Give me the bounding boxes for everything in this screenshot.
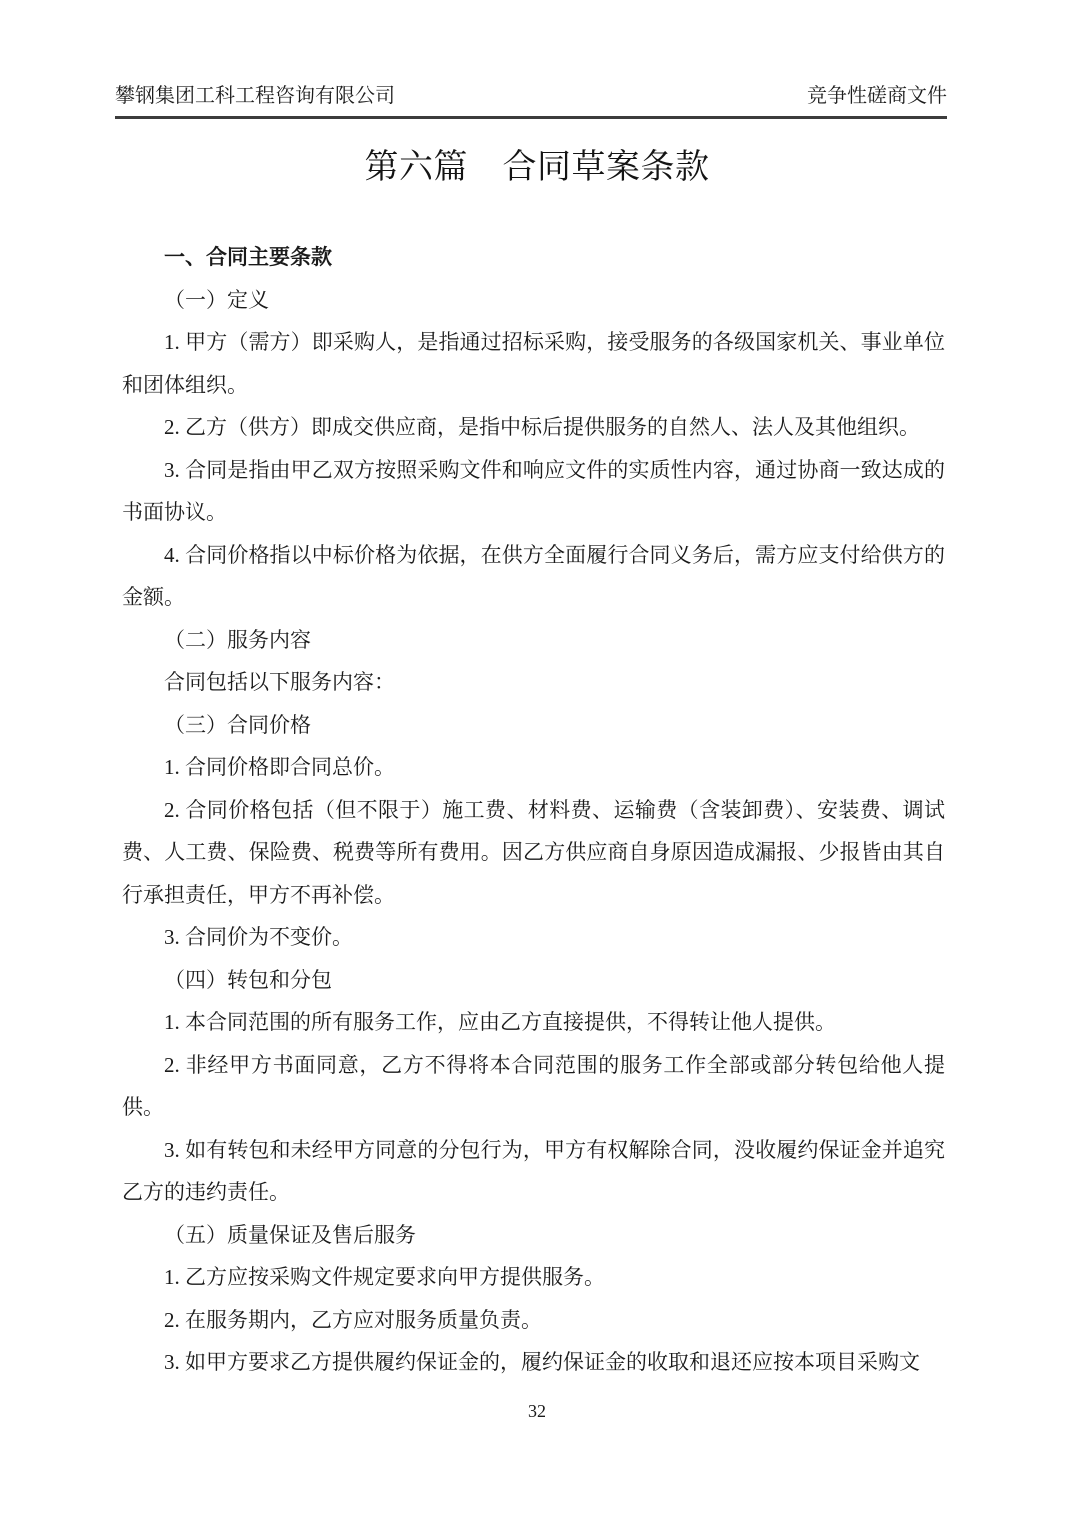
clause-heading-quality-assurance: （五）质量保证及售后服务 bbox=[122, 1214, 945, 1257]
paragraph: 1. 乙方应按采购文件规定要求向甲方提供服务。 bbox=[122, 1256, 945, 1299]
paragraph: 3. 如甲方要求乙方提供履约保证金的，履约保证金的收取和退还应按本项目采购文 bbox=[122, 1341, 945, 1384]
header-doc-type: 竞争性磋商文件 bbox=[807, 84, 947, 108]
clause-heading-subcontracting: （四）转包和分包 bbox=[122, 959, 945, 1002]
clause-heading-service-content: （二）服务内容 bbox=[122, 619, 945, 662]
paragraph: 4. 合同价格指以中标价格为依据，在供方全面履行合同义务后，需方应支付给供方的金… bbox=[122, 534, 945, 619]
paragraph: 3. 合同是指由甲乙双方按照采购文件和响应文件的实质性内容，通过协商一致达成的书… bbox=[122, 449, 945, 534]
section-heading-contract-terms: 一、合同主要条款 bbox=[122, 236, 945, 279]
page-title: 第六篇 合同草案条款 bbox=[0, 146, 1074, 190]
page-number: 32 bbox=[0, 1398, 1074, 1424]
paragraph: 合同包括以下服务内容： bbox=[122, 661, 945, 704]
paragraph: 2. 合同价格包括（但不限于）施工费、材料费、运输费（含装卸费）、安装费、调试费… bbox=[122, 789, 945, 917]
clause-heading-definitions: （一）定义 bbox=[122, 279, 945, 322]
paragraph: 2. 在服务期内，乙方应对服务质量负责。 bbox=[122, 1299, 945, 1342]
document-page: 攀钢集团工科工程咨询有限公司 竞争性磋商文件 第六篇 合同草案条款 一、合同主要… bbox=[0, 0, 1074, 1520]
document-body: 一、合同主要条款 （一）定义 1. 甲方（需方）即采购人，是指通过招标采购，接受… bbox=[122, 236, 945, 1384]
header-company-name: 攀钢集团工科工程咨询有限公司 bbox=[115, 84, 395, 108]
paragraph: 1. 本合同范围的所有服务工作，应由乙方直接提供，不得转让他人提供。 bbox=[122, 1001, 945, 1044]
paragraph: 3. 合同价为不变价。 bbox=[122, 916, 945, 959]
paragraph: 2. 乙方（供方）即成交供应商，是指中标后提供服务的自然人、法人及其他组织。 bbox=[122, 406, 945, 449]
paragraph: 3. 如有转包和未经甲方同意的分包行为，甲方有权解除合同，没收履约保证金并追究乙… bbox=[122, 1129, 945, 1214]
page-header: 攀钢集团工科工程咨询有限公司 竞争性磋商文件 bbox=[115, 84, 947, 119]
paragraph: 2. 非经甲方书面同意，乙方不得将本合同范围的服务工作全部或部分转包给他人提供。 bbox=[122, 1044, 945, 1129]
paragraph: 1. 甲方（需方）即采购人，是指通过招标采购，接受服务的各级国家机关、事业单位和… bbox=[122, 321, 945, 406]
paragraph: 1. 合同价格即合同总价。 bbox=[122, 746, 945, 789]
clause-heading-contract-price: （三）合同价格 bbox=[122, 704, 945, 747]
